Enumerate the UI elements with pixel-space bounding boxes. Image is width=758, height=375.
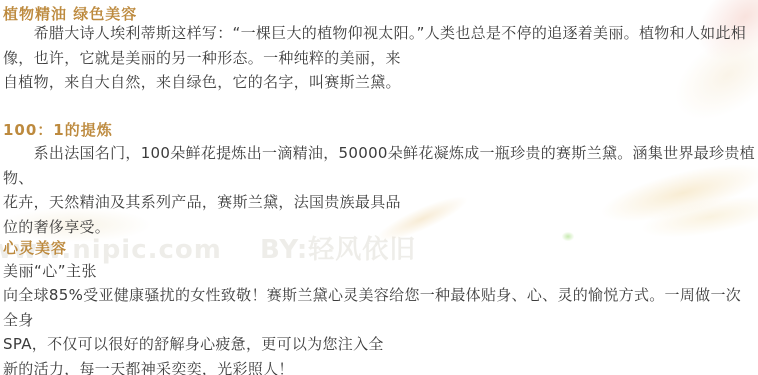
section-subheading-mind-beauty: 美丽“心”主张: [3, 260, 97, 281]
section-body-extraction: 系出法国名门，100朵鲜花提炼出一滴精油，50000朵鲜花凝炼成一瓶珍贵的赛斯兰…: [3, 141, 755, 239]
section-heading-mind-beauty: 心灵美容: [3, 237, 67, 258]
section-body-plant-oil: 希腊大诗人埃利蒂斯这样写：“一棵巨大的植物仰视太阳。”人类也总是不停的追逐着美丽…: [3, 21, 755, 95]
watermark-credit-text: BY:轻风依旧: [260, 235, 416, 265]
document-page: www.nipic.com BY:轻风依旧 植物精油 绿色美容 希腊大诗人埃利蒂…: [0, 0, 758, 375]
section-heading-extraction: 100：1的提炼: [3, 119, 113, 140]
section-body-mind-beauty: 向全球85%受亚健康骚扰的女性致敬！赛斯兰黛心灵美容给您一种最体贴身、心、灵的愉…: [3, 283, 755, 375]
